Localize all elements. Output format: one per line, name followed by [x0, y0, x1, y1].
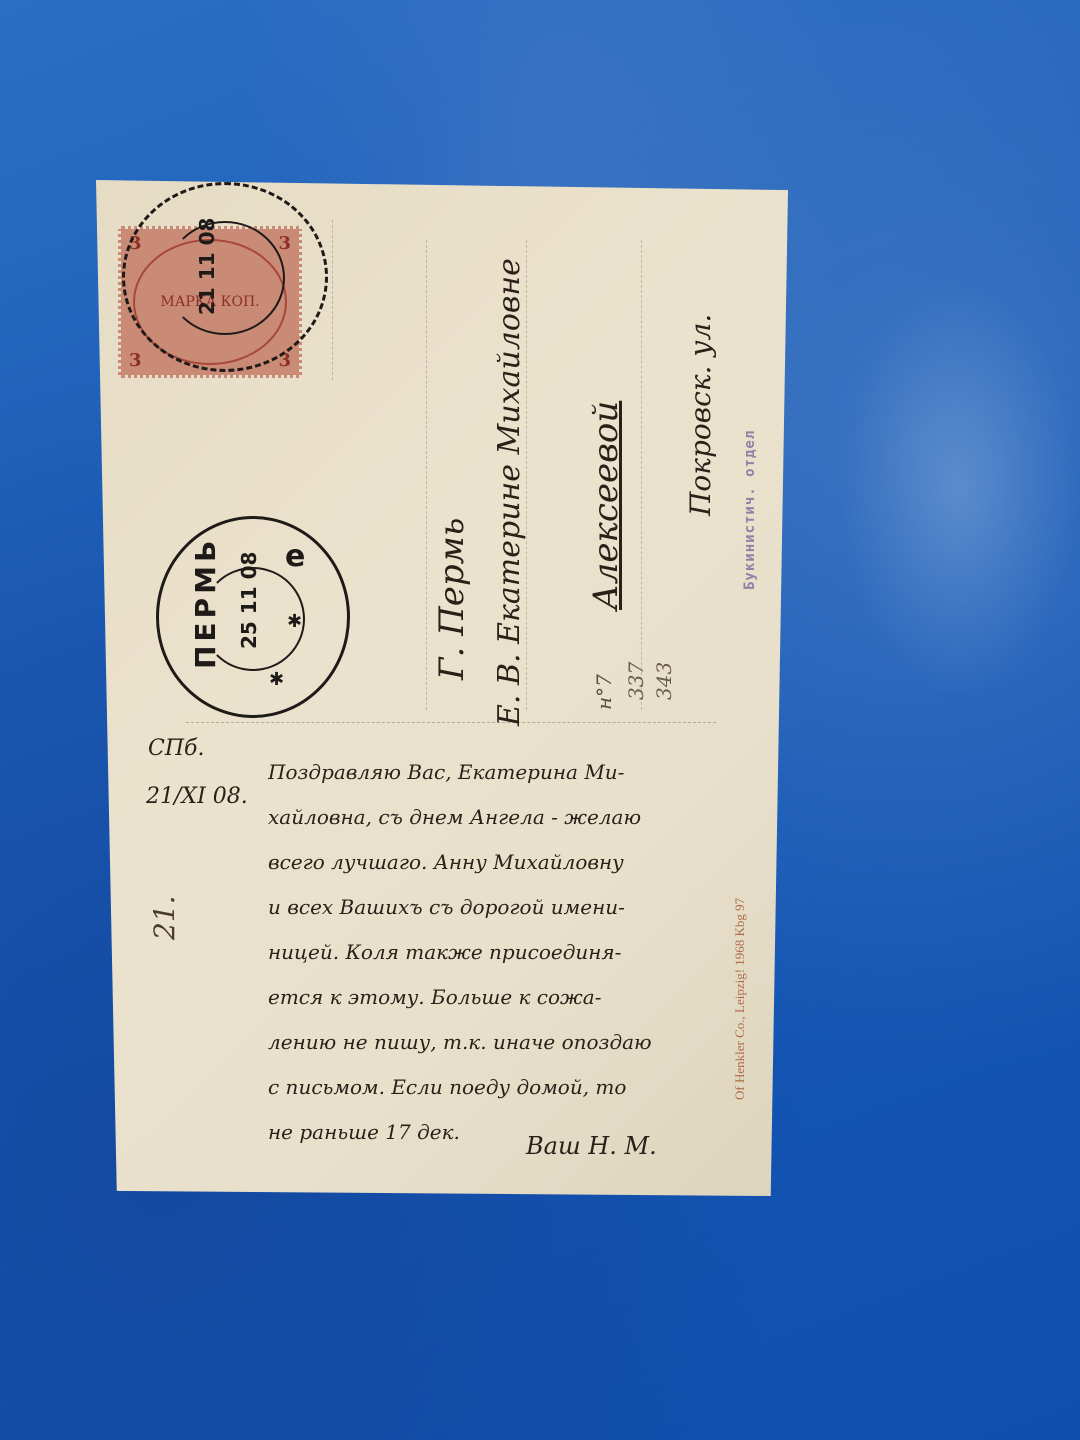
message-body: Поздравляю Вас, Екатерина Ми- хайловна, … [268, 750, 748, 1155]
message-line: Поздравляю Вас, Екатерина Ми- [268, 750, 748, 795]
postmark-date: 21 11 08 [195, 218, 219, 315]
address-divider [332, 220, 333, 380]
address-recipient: Е. В. Екатерине Михайловне [492, 258, 527, 726]
postmark-date: 25 11 08 [237, 552, 261, 649]
pencil-note: 337 [624, 662, 648, 700]
message-line: лению не пишу, т.к. иначе опоздаю [268, 1020, 748, 1065]
address-street: Покровск. ул. [684, 314, 717, 516]
margin-number: 21. [148, 895, 181, 940]
signature: Ваш Н. М. [526, 1132, 657, 1160]
message-line: не раньше 17 дек. [268, 1110, 748, 1155]
postcard: 3 3 3 3 МАРКА КОП. 21 11 08 ПЕРМЬ 25 11 … [96, 180, 788, 1196]
address-divider [426, 240, 427, 710]
message-line: ется к этому. Больше к сожа- [268, 975, 748, 1020]
publisher-imprint: Of Henkler Co., Leipzig! 1968 Kbg 97 [732, 898, 748, 1100]
address-divider [641, 240, 642, 710]
message-line: всего лучшаго. Анну Михайловну [268, 840, 748, 885]
postmark-perm: ПЕРМЬ 25 11 08 е ✱ ✱ [156, 516, 350, 718]
pencil-note: н°7 [592, 674, 616, 710]
postmark-city: ПЕРМЬ [189, 537, 222, 669]
postmark-top: 21 11 08 [122, 182, 328, 372]
message-line: хайловна, съ днем Ангела - желаю [268, 795, 748, 840]
star-icon: ✱ [287, 611, 302, 632]
message-line: с письмом. Если поеду домой, то [268, 1065, 748, 1110]
message-line: ницей. Коля также присоединя- [268, 930, 748, 975]
star-icon: ✱ [269, 669, 284, 690]
postmark-letter: е [285, 539, 305, 574]
address-surname: Алексеевой [586, 401, 626, 610]
message-divider [186, 722, 716, 723]
message-date: 21/XI 08. [146, 784, 248, 809]
message-line: и всех Вашихъ съ дорогой имени- [268, 885, 748, 930]
pencil-note: 343 [652, 662, 676, 700]
light-glare [840, 280, 1080, 700]
address-city: Г. Пермь [432, 518, 472, 680]
dealer-stamp: Букинистич. отдел [742, 430, 758, 590]
stamp-denomination: 3 [129, 350, 142, 371]
message-place: СПб. [148, 736, 204, 761]
